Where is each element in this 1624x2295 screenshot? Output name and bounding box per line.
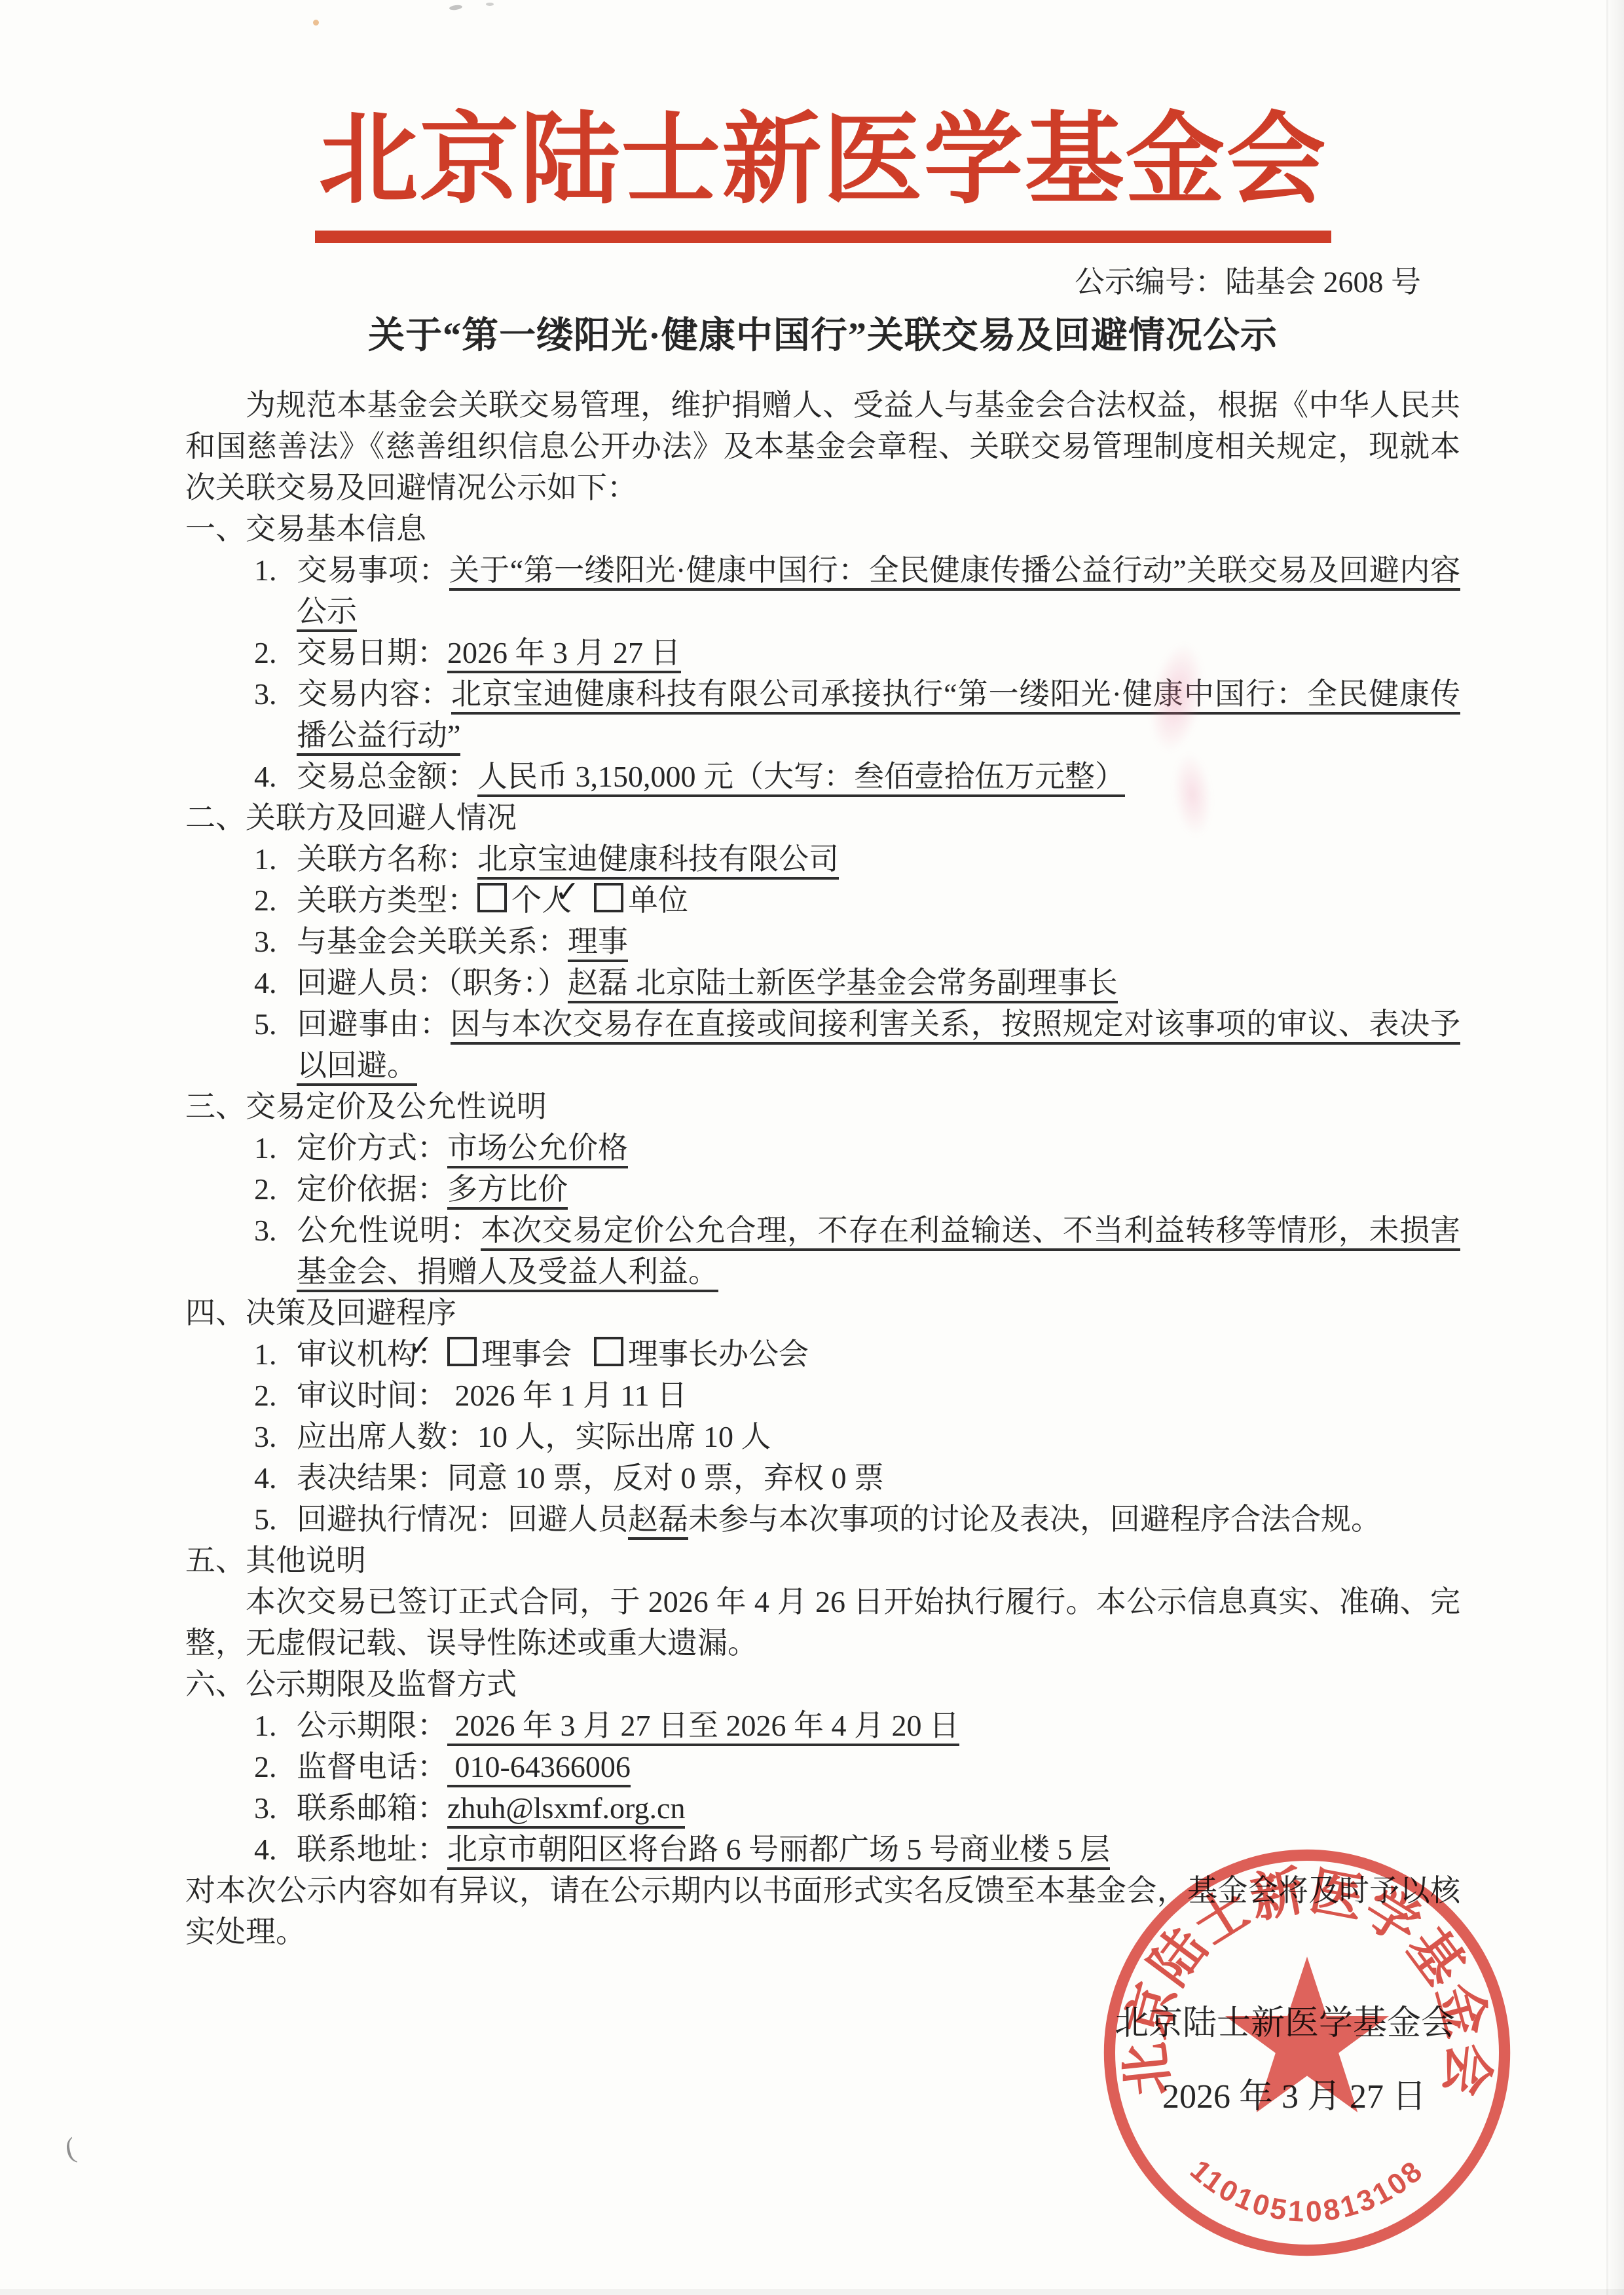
item-label: 监督电话： — [297, 1750, 447, 1783]
item-value-underlined: 北京宝迪健康科技有限公司 — [477, 842, 839, 880]
section-heading-5: 五、其他说明 — [185, 1540, 1460, 1581]
item-value-underlined: 010-64366006 — [447, 1750, 631, 1787]
item-number: 2. — [254, 1746, 297, 1787]
item-text: 审议时间： 2026 年 1 月 11 日 — [297, 1379, 687, 1412]
item-number: 3. — [254, 673, 297, 715]
item-number: 4. — [254, 1829, 297, 1870]
checkbox-option: 理事长办公会 — [594, 1337, 809, 1371]
intro-paragraph: 为规范本基金会关联交易管理，维护捐赠人、受益人与基金会合法权益，根据《中华人民共… — [185, 384, 1460, 508]
item-value-underlined: 赵磊 — [628, 1502, 688, 1540]
list-item: 5.回避事由：因与本次交易存在直接或间接利害关系，按照规定对该事项的审议、表决予… — [254, 1003, 1460, 1086]
item-value-underlined: 赵磊 北京陆士新医学基金会常务副理事长 — [568, 966, 1118, 1003]
org-title-block: 北京陆士新医学基金会 — [185, 98, 1460, 243]
doc-subtitle: 关于“第一缕阳光·健康中国行”关联交易及回避情况公示 — [185, 311, 1460, 361]
checkbox-icon: ✓ — [447, 1337, 477, 1366]
item-label: 交易事项： — [297, 553, 449, 587]
item-value-underlined: 因与本次交易存在直接或间接利害关系，按照规定对该事项的审议、表决予以回避。 — [297, 1007, 1460, 1086]
section-heading-6: 六、公示期限及监督方式 — [185, 1664, 1460, 1705]
scanner-edge-line — [1606, 0, 1608, 2295]
signature-date: 2026 年 3 月 27 日 — [185, 2077, 1460, 2118]
org-title: 北京陆士新医学基金会 — [315, 98, 1331, 243]
svg-text:11010510813108: 11010510813108 — [1184, 2154, 1430, 2229]
list-item: 2.定价依据：多方比价 — [254, 1168, 1460, 1210]
item-label: 公示期限： — [297, 1709, 447, 1742]
item-number: 2. — [254, 632, 297, 673]
item-value-underlined: 市场公允价格 — [447, 1131, 628, 1168]
item-label: 联系邮箱： — [297, 1791, 447, 1825]
list-item: 4.交易总金额：人民币 3,150,000 元（大写：叁佰壹拾伍万元整） — [254, 756, 1460, 797]
item-number: 1. — [254, 550, 297, 591]
item-number: 3. — [254, 1210, 297, 1251]
item-value-underlined: 北京宝迪健康科技有限公司承接执行“第一缕阳光·健康中国行：全民健康传播公益行动” — [297, 677, 1460, 756]
list-item: 3.联系邮箱：zhuh@lsxmf.org.cn — [254, 1787, 1460, 1829]
list-item: 3.公允性说明：本次交易定价公允合理，不存在利益输送、不当利益转移等情形，未损害… — [254, 1210, 1460, 1292]
item-value-underlined: 北京市朝阳区将台路 6 号丽都广场 5 号商业楼 5 层 — [447, 1833, 1110, 1870]
scanner-edge-shadow — [1606, 0, 1624, 2295]
item-label: 定价依据： — [297, 1172, 447, 1206]
item-number: 1. — [254, 838, 297, 880]
list-item: 1.交易事项：关于“第一缕阳光·健康中国行：全民健康传播公益行动”关联交易及回避… — [254, 550, 1460, 632]
item-number: 4. — [254, 756, 297, 797]
doc-number: 公示编号：陆基会 2608 号 — [185, 263, 1460, 302]
checkbox-label: 单位 — [628, 884, 688, 917]
list-item: 4.回避人员：（职务：）赵磊 北京陆士新医学基金会常务副理事长 — [254, 962, 1460, 1003]
stamp-number: 11010510813108 — [1184, 2154, 1430, 2229]
list-item: 1.公示期限： 2026 年 3 月 27 日至 2026 年 4 月 20 日 — [254, 1705, 1460, 1746]
item-label: 交易内容： — [297, 677, 451, 711]
item-label: 关联方类型： — [297, 884, 477, 917]
list-item: 2.监督电话： 010-64366006 — [254, 1746, 1460, 1787]
item-label: 回避事由： — [297, 1007, 451, 1041]
checkbox-label: 理事长办公会 — [628, 1337, 809, 1371]
section-heading-1: 一、交易基本信息 — [185, 508, 1460, 550]
item-label: 交易总金额： — [297, 760, 477, 793]
item-value-underlined: 2026 年 3 月 27 日 — [447, 636, 681, 673]
checkbox-icon — [477, 883, 507, 912]
section-heading-3: 三、交易定价及公允性说明 — [185, 1086, 1460, 1127]
item-number: 2. — [254, 880, 297, 921]
item-value-underlined: 理事 — [568, 925, 628, 962]
scanned-document: { "header": { "org_title": "北京陆士新医学基金会",… — [0, 0, 1624, 2295]
list-item: 1.定价方式：市场公允价格 — [254, 1127, 1460, 1168]
list-item: 5.回避执行情况：回避人员赵磊未参与本次事项的讨论及表决，回避程序合法合规。 — [254, 1499, 1460, 1540]
document-page: 北京陆士新医学基金会 公示编号：陆基会 2608 号 关于“第一缕阳光·健康中国… — [0, 0, 1624, 2118]
item-number: 3. — [254, 1787, 297, 1829]
item-label: 回避人员：（职务：） — [297, 966, 568, 999]
item-value-underlined: 人民币 3,150,000 元（大写：叁佰壹拾伍万元整） — [477, 760, 1125, 797]
item-value-underlined: zhuh@lsxmf.org.cn — [447, 1791, 685, 1829]
item-number: 4. — [254, 962, 297, 1003]
item-number: 1. — [254, 1334, 297, 1375]
signature-org: 北京陆士新医学基金会 — [185, 2004, 1460, 2044]
list-item: 2.审议时间： 2026 年 1 月 11 日 — [254, 1375, 1460, 1416]
item-label: 回避执行情况：回避人员 — [297, 1502, 628, 1536]
item-text: 应出席人数：10 人，实际出席 10 人 — [297, 1420, 771, 1453]
checkbox-label: 理事会 — [481, 1337, 572, 1371]
stray-pen-mark: ( — [62, 2127, 79, 2169]
item-label: 公允性说明： — [297, 1214, 481, 1247]
list-item: 3.与基金会关联关系：理事 — [254, 921, 1460, 962]
item-number: 5. — [254, 1499, 297, 1540]
list-item: 3.应出席人数：10 人，实际出席 10 人 — [254, 1416, 1460, 1457]
signature-block: 北京陆士新医学基金会 2026 年 3 月 27 日 — [185, 2004, 1460, 2118]
scan-speck — [313, 20, 319, 26]
item-text: 表决结果：同意 10 票，反对 0 票，弃权 0 票 — [297, 1461, 884, 1495]
list-item: 2.关联方类型：个人✓单位 — [254, 880, 1460, 921]
scan-speck — [486, 3, 494, 6]
item-label: 交易日期： — [297, 636, 447, 669]
item-number: 3. — [254, 1416, 297, 1457]
item-value-underlined: 关于“第一缕阳光·健康中国行：全民健康传播公益行动”关联交易及回避内容公示 — [297, 553, 1460, 632]
item-text: 未参与本次事项的讨论及表决，回避程序合法合规。 — [688, 1502, 1381, 1536]
objection-paragraph: 对本次公示内容如有异议，请在公示期内以书面形式实名反馈至本基金会，基金会将及时予… — [185, 1870, 1460, 1952]
list-item: 2.交易日期：2026 年 3 月 27 日 — [254, 632, 1460, 673]
item-number: 4. — [254, 1457, 297, 1499]
item-number: 1. — [254, 1127, 297, 1168]
item-label: 联系地址： — [297, 1833, 447, 1866]
item-value-underlined: 多方比价 — [447, 1172, 568, 1210]
list-item: 4.表决结果：同意 10 票，反对 0 票，弃权 0 票 — [254, 1457, 1460, 1499]
list-item: 1.关联方名称：北京宝迪健康科技有限公司 — [254, 838, 1460, 880]
item-number: 2. — [254, 1168, 297, 1210]
item-label: 定价方式： — [297, 1131, 447, 1165]
item-label: 与基金会关联关系： — [297, 925, 568, 958]
checkbox-option: ✓理事会 — [447, 1337, 572, 1371]
item-label: 关联方名称： — [297, 842, 477, 876]
list-item: 4.联系地址：北京市朝阳区将台路 6 号丽都广场 5 号商业楼 5 层 — [254, 1829, 1460, 1870]
list-item: 1.审议机构：✓理事会理事长办公会 — [254, 1334, 1460, 1375]
item-number: 1. — [254, 1705, 297, 1746]
other-notes-paragraph: 本次交易已签订正式合同，于 2026 年 4 月 26 日开始执行履行。本公示信… — [185, 1581, 1460, 1664]
section-heading-2: 二、关联方及回避人情况 — [185, 797, 1460, 838]
item-number: 5. — [254, 1003, 297, 1045]
list-item: 3.交易内容：北京宝迪健康科技有限公司承接执行“第一缕阳光·健康中国行：全民健康… — [254, 673, 1460, 756]
checkbox-icon — [594, 1337, 623, 1366]
checkbox-icon: ✓ — [594, 883, 623, 912]
item-number: 2. — [254, 1375, 297, 1416]
item-number: 3. — [254, 921, 297, 962]
item-value-underlined: 2026 年 3 月 27 日至 2026 年 4 月 20 日 — [447, 1709, 959, 1746]
checkbox-option: ✓单位 — [594, 884, 688, 917]
scanner-bottom-shadow — [0, 2289, 1624, 2295]
section-heading-4: 四、决策及回避程序 — [185, 1292, 1460, 1334]
